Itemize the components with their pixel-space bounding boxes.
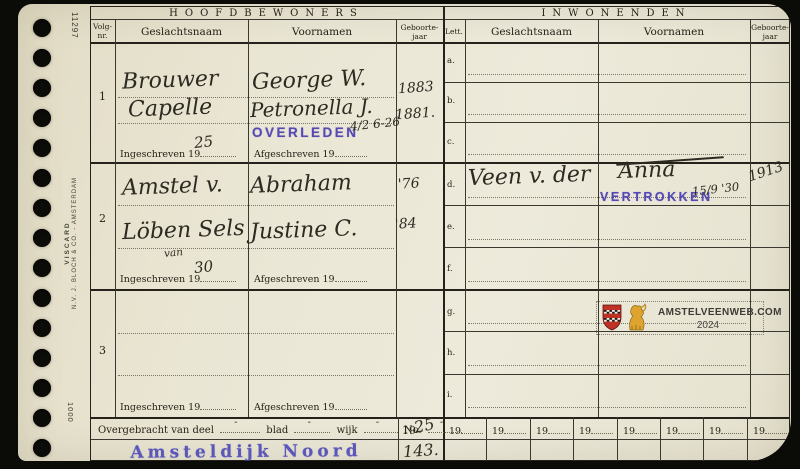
- grid-line: [486, 417, 487, 461]
- ruled-line: [468, 407, 746, 408]
- row-letter: h.: [447, 348, 455, 358]
- year-cell-label: 19: [492, 426, 504, 437]
- handwritten-surname: Brouwer: [122, 66, 219, 94]
- watermark-year-text: 2024: [658, 320, 758, 331]
- handwritten-tick: -: [440, 417, 443, 428]
- column-header-geboortejaar-left: Geboorte- jaar: [396, 23, 443, 41]
- grid-line: [617, 417, 618, 461]
- grid-line: [573, 417, 574, 461]
- ruled-line: [468, 114, 746, 115]
- lion-icon: [624, 302, 648, 331]
- overgebracht-label: Overgebracht van deel: [98, 425, 214, 436]
- year-cell-label: 19: [536, 426, 548, 437]
- watermark-site-text: AMSTELVEENWEB.COM: [658, 307, 782, 318]
- handwritten-firstnames: Petronella J.: [250, 94, 373, 122]
- handwritten-firstnames: George W.: [252, 66, 367, 95]
- grid-line: [90, 439, 790, 440]
- section-title-hoofdbewoners: HOOFDBEWONERS: [90, 8, 443, 19]
- column-header-voornamen-left: Voornamen: [248, 26, 396, 38]
- punch-hole: [33, 19, 51, 37]
- grid-line: [115, 19, 116, 417]
- dotted-blank: [765, 424, 787, 434]
- grid-line: [703, 417, 704, 461]
- card-serial-number: 11297: [70, 12, 79, 39]
- year-cell-label: 19: [753, 426, 765, 437]
- print-run-number: 1000: [66, 402, 75, 423]
- row-letter: i.: [447, 390, 452, 400]
- grid-line: [750, 19, 751, 417]
- year-cell-label: 19: [709, 426, 721, 437]
- dotted-blank: [200, 400, 236, 410]
- row-number: 3: [90, 344, 115, 357]
- dotted-blank: -: [294, 423, 330, 433]
- handwritten-tick: -: [376, 417, 379, 428]
- year-cell-label: 19: [666, 426, 678, 437]
- punch-hole: [33, 319, 51, 337]
- brand-company: N.V. J. BLOCH & CO. - AMSTERDAM: [72, 128, 78, 358]
- ingeschreven-text: Ingeschreven 19: [120, 149, 200, 160]
- brand-name: VISCARD: [64, 128, 71, 358]
- handwritten-firstnames: Abraham: [250, 170, 353, 199]
- punch-hole: [33, 139, 51, 157]
- year-cell: 19: [579, 424, 613, 437]
- ruled-line: [468, 154, 746, 155]
- grid-line: [465, 19, 466, 417]
- ingeschreven-label: Ingeschreven 19: [120, 272, 236, 285]
- grid-line: [90, 42, 790, 44]
- row-letter: d.: [447, 180, 455, 190]
- grid-line: [443, 374, 790, 375]
- punch-hole: [33, 109, 51, 127]
- grid-line: [443, 205, 790, 206]
- registration-card: 11297 VISCARD N.V. J. BLOCH & CO. - AMST…: [18, 4, 791, 461]
- handwritten-ingeschreven-year: 25: [193, 132, 214, 152]
- ingeschreven-label: Ingeschreven 19: [120, 400, 236, 413]
- row-letter: f.: [447, 264, 453, 274]
- punch-hole: [33, 169, 51, 187]
- grid-line: [443, 82, 790, 83]
- dotted-blank: [461, 424, 483, 434]
- handwritten-surname: Amstel v.: [122, 172, 224, 201]
- dotted-blank: [721, 424, 743, 434]
- grid-line: [530, 417, 531, 461]
- ruled-line: [468, 74, 746, 75]
- dotted-blank: [335, 400, 367, 410]
- handwritten-firstnames: Justine C.: [250, 216, 358, 245]
- ruled-line: [118, 248, 394, 249]
- handwritten-tick: -: [234, 417, 237, 428]
- handwritten-card-number: 143.: [402, 440, 439, 461]
- row-letter: e.: [447, 222, 455, 232]
- grid-line: [248, 19, 249, 417]
- grid-line: [598, 19, 599, 417]
- year-cell-label: 19: [623, 426, 635, 437]
- ruled-line: [118, 205, 394, 206]
- overleden-stamp: OVERLEDEN: [252, 125, 359, 140]
- handwritten-tick: -: [307, 417, 310, 428]
- handwritten-birthyear: '76: [397, 175, 420, 192]
- handwritten-surname: Löben Sels: [122, 216, 245, 245]
- handwritten-insert-van: van: [163, 246, 183, 260]
- amsteldijk-noord-stamp: Amsteldijk Noord: [100, 441, 392, 461]
- column-header-voornamen-right: Voornamen: [598, 26, 750, 38]
- punch-hole: [33, 199, 51, 217]
- grid-line: [443, 247, 790, 248]
- row-letter: g.: [447, 307, 455, 317]
- punch-hole: [33, 79, 51, 97]
- afgeschreven-label: Afgeschreven 19: [254, 272, 367, 285]
- dotted-blank: [678, 424, 700, 434]
- ruled-line: [468, 239, 746, 240]
- column-header-geslachtsnaam-left: Geslachtsnaam: [115, 26, 248, 38]
- row-letter: a.: [447, 56, 455, 66]
- handwritten-surname: Capelle: [128, 95, 213, 123]
- punch-hole: [33, 409, 51, 427]
- dotted-blank: [548, 424, 570, 434]
- ruled-line: [468, 365, 746, 366]
- grid-line: [90, 19, 790, 20]
- grid-line: [90, 6, 91, 461]
- ingeschreven-label: Ingeschreven 19: [120, 147, 236, 160]
- grid-line: [90, 162, 790, 164]
- wijk-label: wijk: [337, 425, 358, 436]
- dotted-blank: [335, 272, 367, 282]
- row-number: 1: [90, 90, 115, 103]
- section-title-inwonenden: INWONENDEN: [443, 8, 790, 19]
- punch-hole: [33, 229, 51, 247]
- year-cell: 19: [536, 424, 570, 437]
- afgeschreven-label: Afgeschreven 19: [254, 400, 367, 413]
- column-header-lett: Lett.: [443, 27, 465, 36]
- year-cell: 19: [623, 424, 657, 437]
- punch-hole: [33, 289, 51, 307]
- ruled-line: [468, 281, 746, 282]
- grid-line: [789, 6, 790, 461]
- year-cell: 19: [666, 424, 700, 437]
- afgeschreven-text: Afgeschreven 19: [254, 402, 335, 413]
- column-header-geslachtsnaam-right: Geslachtsnaam: [465, 26, 598, 38]
- grid-line: [443, 122, 790, 123]
- afgeschreven-label: Afgeschreven 19: [254, 147, 367, 160]
- grid-line: [443, 6, 445, 461]
- ruled-line: [118, 375, 394, 376]
- scanned-registration-card-page: { "spine": { "serial_top": "11297", "bra…: [0, 0, 800, 469]
- amstelveen-shield-icon: [602, 304, 622, 331]
- dotted-blank: [635, 424, 657, 434]
- afgeschreven-text: Afgeschreven 19: [254, 274, 335, 285]
- year-cell-label: 19: [579, 426, 591, 437]
- row-number: 2: [90, 212, 115, 225]
- dotted-blank: [504, 424, 526, 434]
- ingeschreven-text: Ingeschreven 19: [120, 274, 200, 285]
- column-header-geboortejaar-right: Geboorte- jaar: [750, 23, 790, 41]
- grid-line: [90, 289, 790, 291]
- dotted-blank: [591, 424, 613, 434]
- year-cell-label: 19: [449, 426, 461, 437]
- blad-label: blad: [266, 425, 288, 436]
- handwritten-birthyear: 1883: [397, 79, 434, 97]
- row-letter: c.: [447, 137, 454, 147]
- handwritten-stamp-date: 15/9 '30: [691, 180, 739, 199]
- row-letter: b.: [447, 96, 455, 106]
- handwritten-birthyear: 1881.: [394, 105, 435, 124]
- punch-hole: [33, 259, 51, 277]
- punch-hole: [33, 379, 51, 397]
- ingeschreven-text: Ingeschreven 19: [120, 402, 200, 413]
- grid-line: [90, 6, 790, 7]
- year-cell: 19: [492, 424, 526, 437]
- column-header-volgnr: Volg- nr.: [90, 22, 115, 40]
- dotted-blank: -: [364, 423, 398, 433]
- punch-hole: [33, 49, 51, 67]
- handwritten-ingeschreven-year: 30: [193, 257, 214, 277]
- grid-line: [747, 417, 748, 461]
- year-cell: 19: [709, 424, 743, 437]
- punch-hole: [33, 439, 51, 457]
- dotted-blank: -: [220, 423, 260, 433]
- printer-brand: VISCARD N.V. J. BLOCH & CO. - AMSTERDAM: [64, 128, 78, 358]
- punch-hole: [33, 349, 51, 367]
- ruled-line: [118, 333, 394, 334]
- grid-line: [660, 417, 661, 461]
- dotted-blank: [335, 147, 367, 157]
- year-cell: 19: [753, 424, 787, 437]
- handwritten-surname: Veen v. der: [468, 162, 591, 191]
- year-cell: 19: [449, 424, 483, 437]
- afgeschreven-text: Afgeschreven 19: [254, 149, 335, 160]
- handwritten-birthyear: '84: [394, 215, 417, 232]
